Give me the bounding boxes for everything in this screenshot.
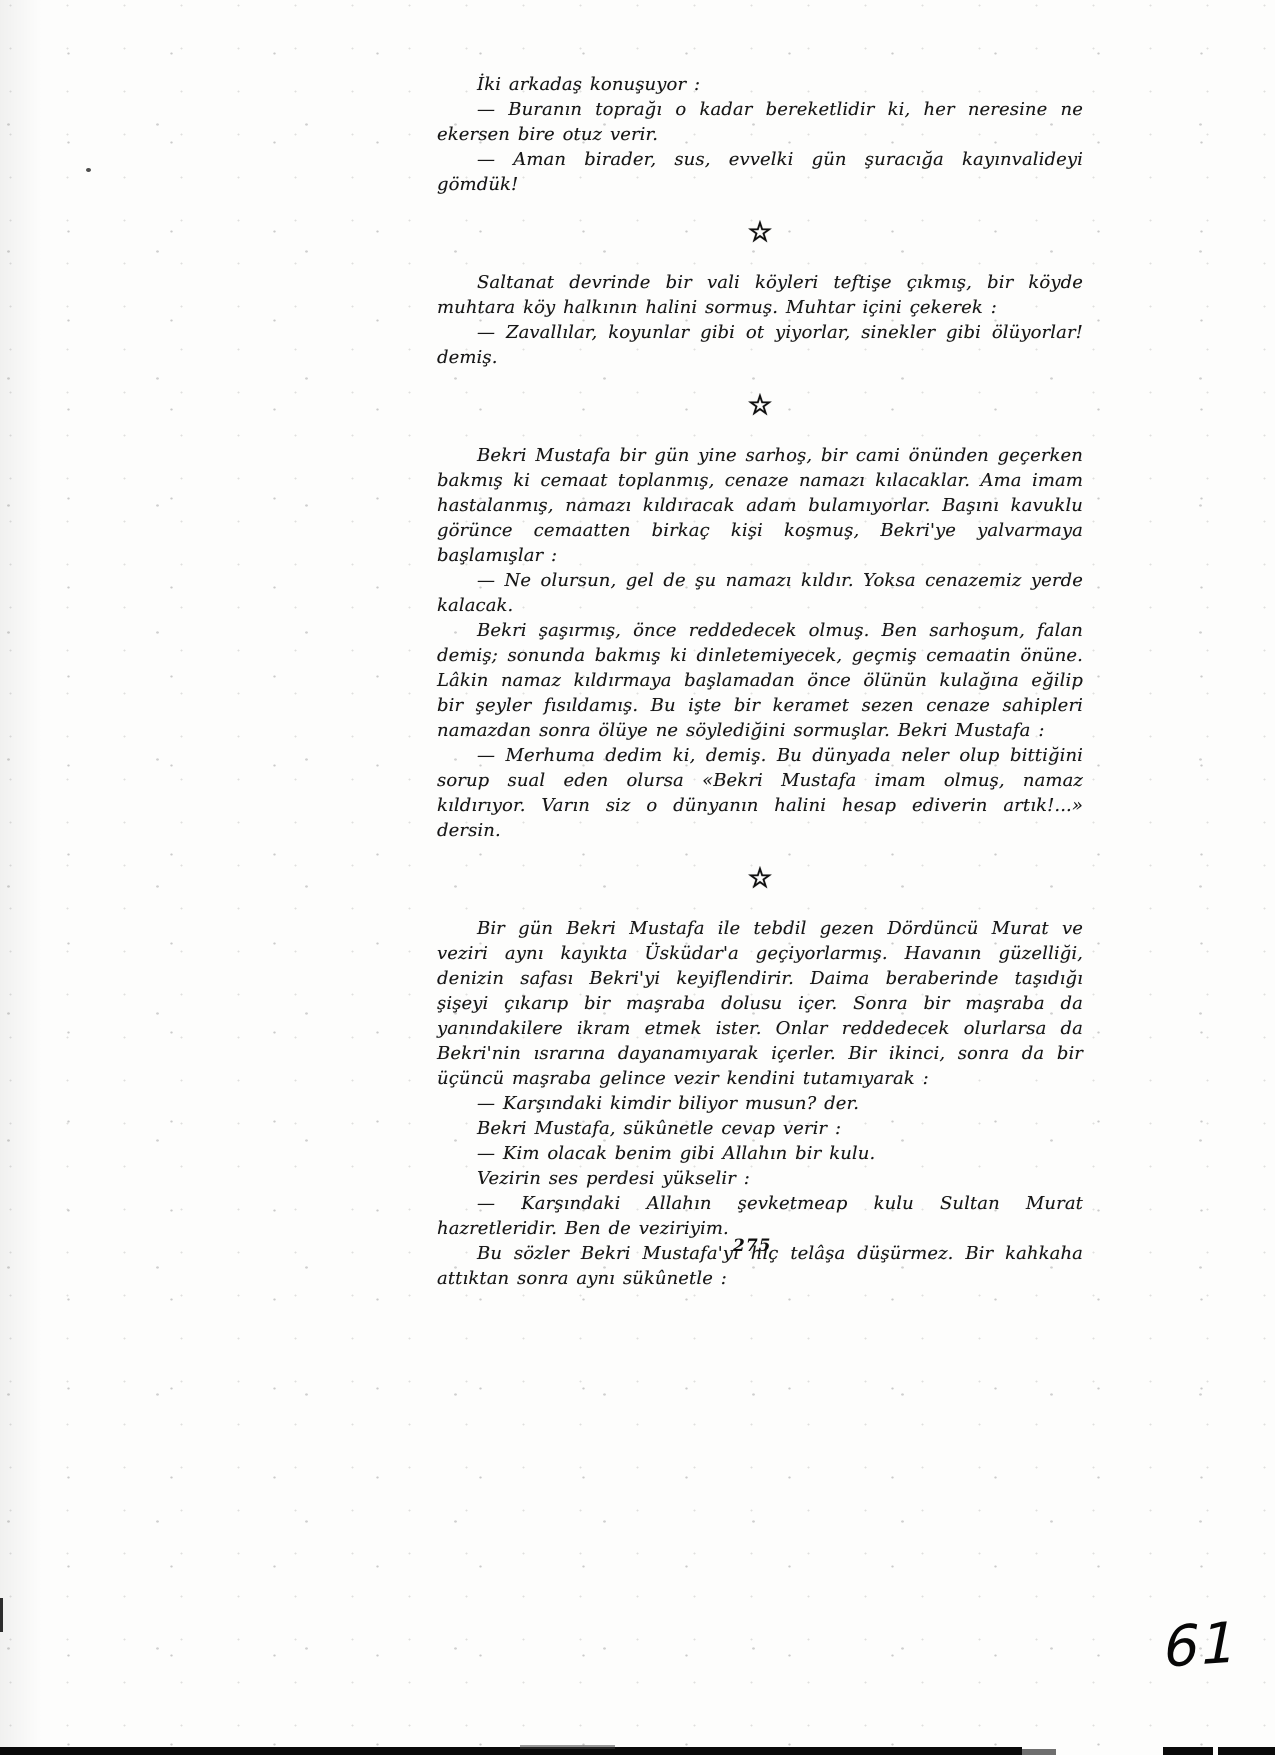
paragraph: — Kim olacak benim gibi Allahın bir kulu… [437,1141,1083,1166]
paragraph: — Karşındaki kimdir biliyor musun? der. [437,1091,1083,1116]
scan-edge-bar-segment [1022,1749,1056,1755]
anecdote-bekri-mustafa-sultan-murat: Bir gün Bekri Mustafa ile tebdil gezen D… [437,916,1083,1291]
star-separator-icon: ☆ [437,865,1083,892]
handwritten-page-annotation: 61 [1164,1615,1239,1676]
paragraph: — Aman birader, sus, evvelki gün şuracığ… [437,147,1083,197]
paragraph: Bekri şaşırmış, önce reddedecek olmuş. B… [437,618,1083,743]
paragraph: Bekri Mustafa bir gün yine sarhoş, bir c… [437,443,1083,568]
anecdote-two-friends: İki arkadaş konuşuyor : — Buranın toprağ… [437,72,1083,197]
scan-edge-bar-segment [0,1747,1022,1755]
paragraph: — Merhuma dedim ki, demiş. Bu dünyada ne… [437,743,1083,843]
paragraph: Bir gün Bekri Mustafa ile tebdil gezen D… [437,916,1083,1091]
paragraph: Vezirin ses perdesi yükselir : [437,1166,1083,1191]
star-separator-icon: ☆ [437,392,1083,419]
scanned-page: İki arkadaş konuşuyor : — Buranın toprağ… [0,0,1275,1755]
anecdote-bekri-mustafa-imam: Bekri Mustafa bir gün yine sarhoş, bir c… [437,443,1083,843]
anecdote-governor-village: Saltanat devrinde bir vali köyleri tefti… [437,270,1083,370]
paragraph: — Buranın toprağı o kadar bereketlidir k… [437,97,1083,147]
paragraph: İki arkadaş konuşuyor : [437,72,1083,97]
scan-edge-smudge [520,1745,615,1749]
paragraph: — Zavallılar, koyunlar gibi ot yiyorlar,… [437,320,1083,370]
page-text-column: İki arkadaş konuşuyor : — Buranın toprağ… [437,72,1083,1291]
paragraph: — Ne olursun, gel de şu namazı kıldır. Y… [437,568,1083,618]
scan-edge-artifact-left [0,1598,3,1632]
scan-edge-bar-segment [1163,1747,1213,1755]
paragraph: Bekri Mustafa, sükûnetle cevap verir : [437,1116,1083,1141]
ink-speck [86,168,91,172]
scan-edge-artifact-bottom [0,1745,1275,1755]
paragraph: Saltanat devrinde bir vali köyleri tefti… [437,270,1083,320]
paragraph: — Karşındaki Allahın şevketmeap kulu Sul… [437,1191,1083,1241]
star-separator-icon: ☆ [437,219,1083,246]
scan-edge-bar-segment [1218,1747,1275,1755]
page-number: 275 [733,1236,772,1256]
